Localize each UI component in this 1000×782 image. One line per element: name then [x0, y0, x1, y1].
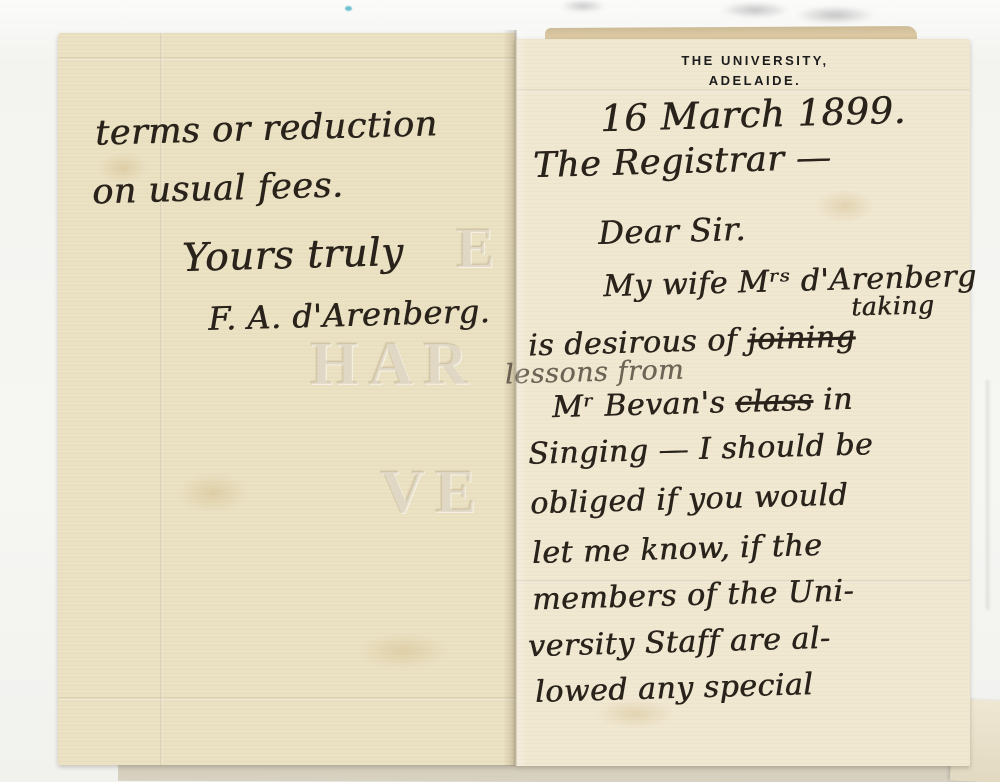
handwritten-line: members of the Uni-: [532, 577, 855, 616]
paper-stain: [358, 633, 448, 669]
inserted-line: lessons from: [505, 357, 685, 389]
handwritten-line-with-correction: Mʳ Bevan's class in: [552, 385, 854, 423]
paper-stain: [178, 473, 248, 513]
smudge: [720, 2, 790, 18]
date-line: 16 March 1899.: [600, 92, 907, 138]
handwritten-line: lowed any special: [535, 670, 814, 708]
smudge: [560, 0, 606, 12]
handwritten-line: on usual fees.: [92, 168, 344, 210]
handwritten-line: Singing — I should be: [528, 430, 874, 470]
paper-stain: [815, 189, 875, 223]
handwritten-line: versity Staff are al-: [528, 624, 831, 662]
letterhead-city: ADELAIDE.: [665, 71, 845, 91]
scanned-letter-spread: E HAR VE terms or reduction on usual fee…: [0, 0, 1000, 782]
inserted-word: taking: [851, 292, 935, 319]
scan-edge-shadow: [986, 380, 991, 610]
addressee-line: The Registrar —: [533, 141, 832, 184]
letterhead-university: THE UNIVERSITY,: [665, 51, 845, 71]
letter-page-right: THE UNIVERSITY, ADELAIDE. 16 March 1899.…: [515, 39, 970, 766]
struck-word: class: [735, 383, 814, 420]
handwritten-line: obliged if you would: [530, 481, 849, 520]
struck-word: joining: [747, 319, 856, 357]
closing-line: Yours truly: [181, 233, 403, 278]
line-text: Mʳ Bevan's: [552, 385, 736, 425]
smudge: [795, 6, 875, 24]
handwritten-line: terms or reduction: [95, 107, 438, 152]
handwritten-line-with-correction: is desirous of joining taking: [528, 322, 856, 361]
ink-speck: [345, 6, 352, 11]
signature: F. A. d'Arenberg.: [208, 295, 491, 335]
paper-watermark: E: [456, 219, 505, 277]
fold-crease: [58, 57, 515, 60]
handwritten-line: let me know, if the: [532, 531, 823, 569]
paper-watermark: VE: [380, 461, 486, 523]
printed-letterhead: THE UNIVERSITY, ADELAIDE.: [665, 51, 845, 90]
letter-page-left: E HAR VE terms or reduction on usual fee…: [58, 33, 515, 765]
salutation-line: Dear Sir.: [598, 213, 747, 249]
paper-watermark: HAR: [310, 333, 478, 395]
fold-crease: [58, 697, 515, 700]
line-text: in: [812, 382, 853, 418]
